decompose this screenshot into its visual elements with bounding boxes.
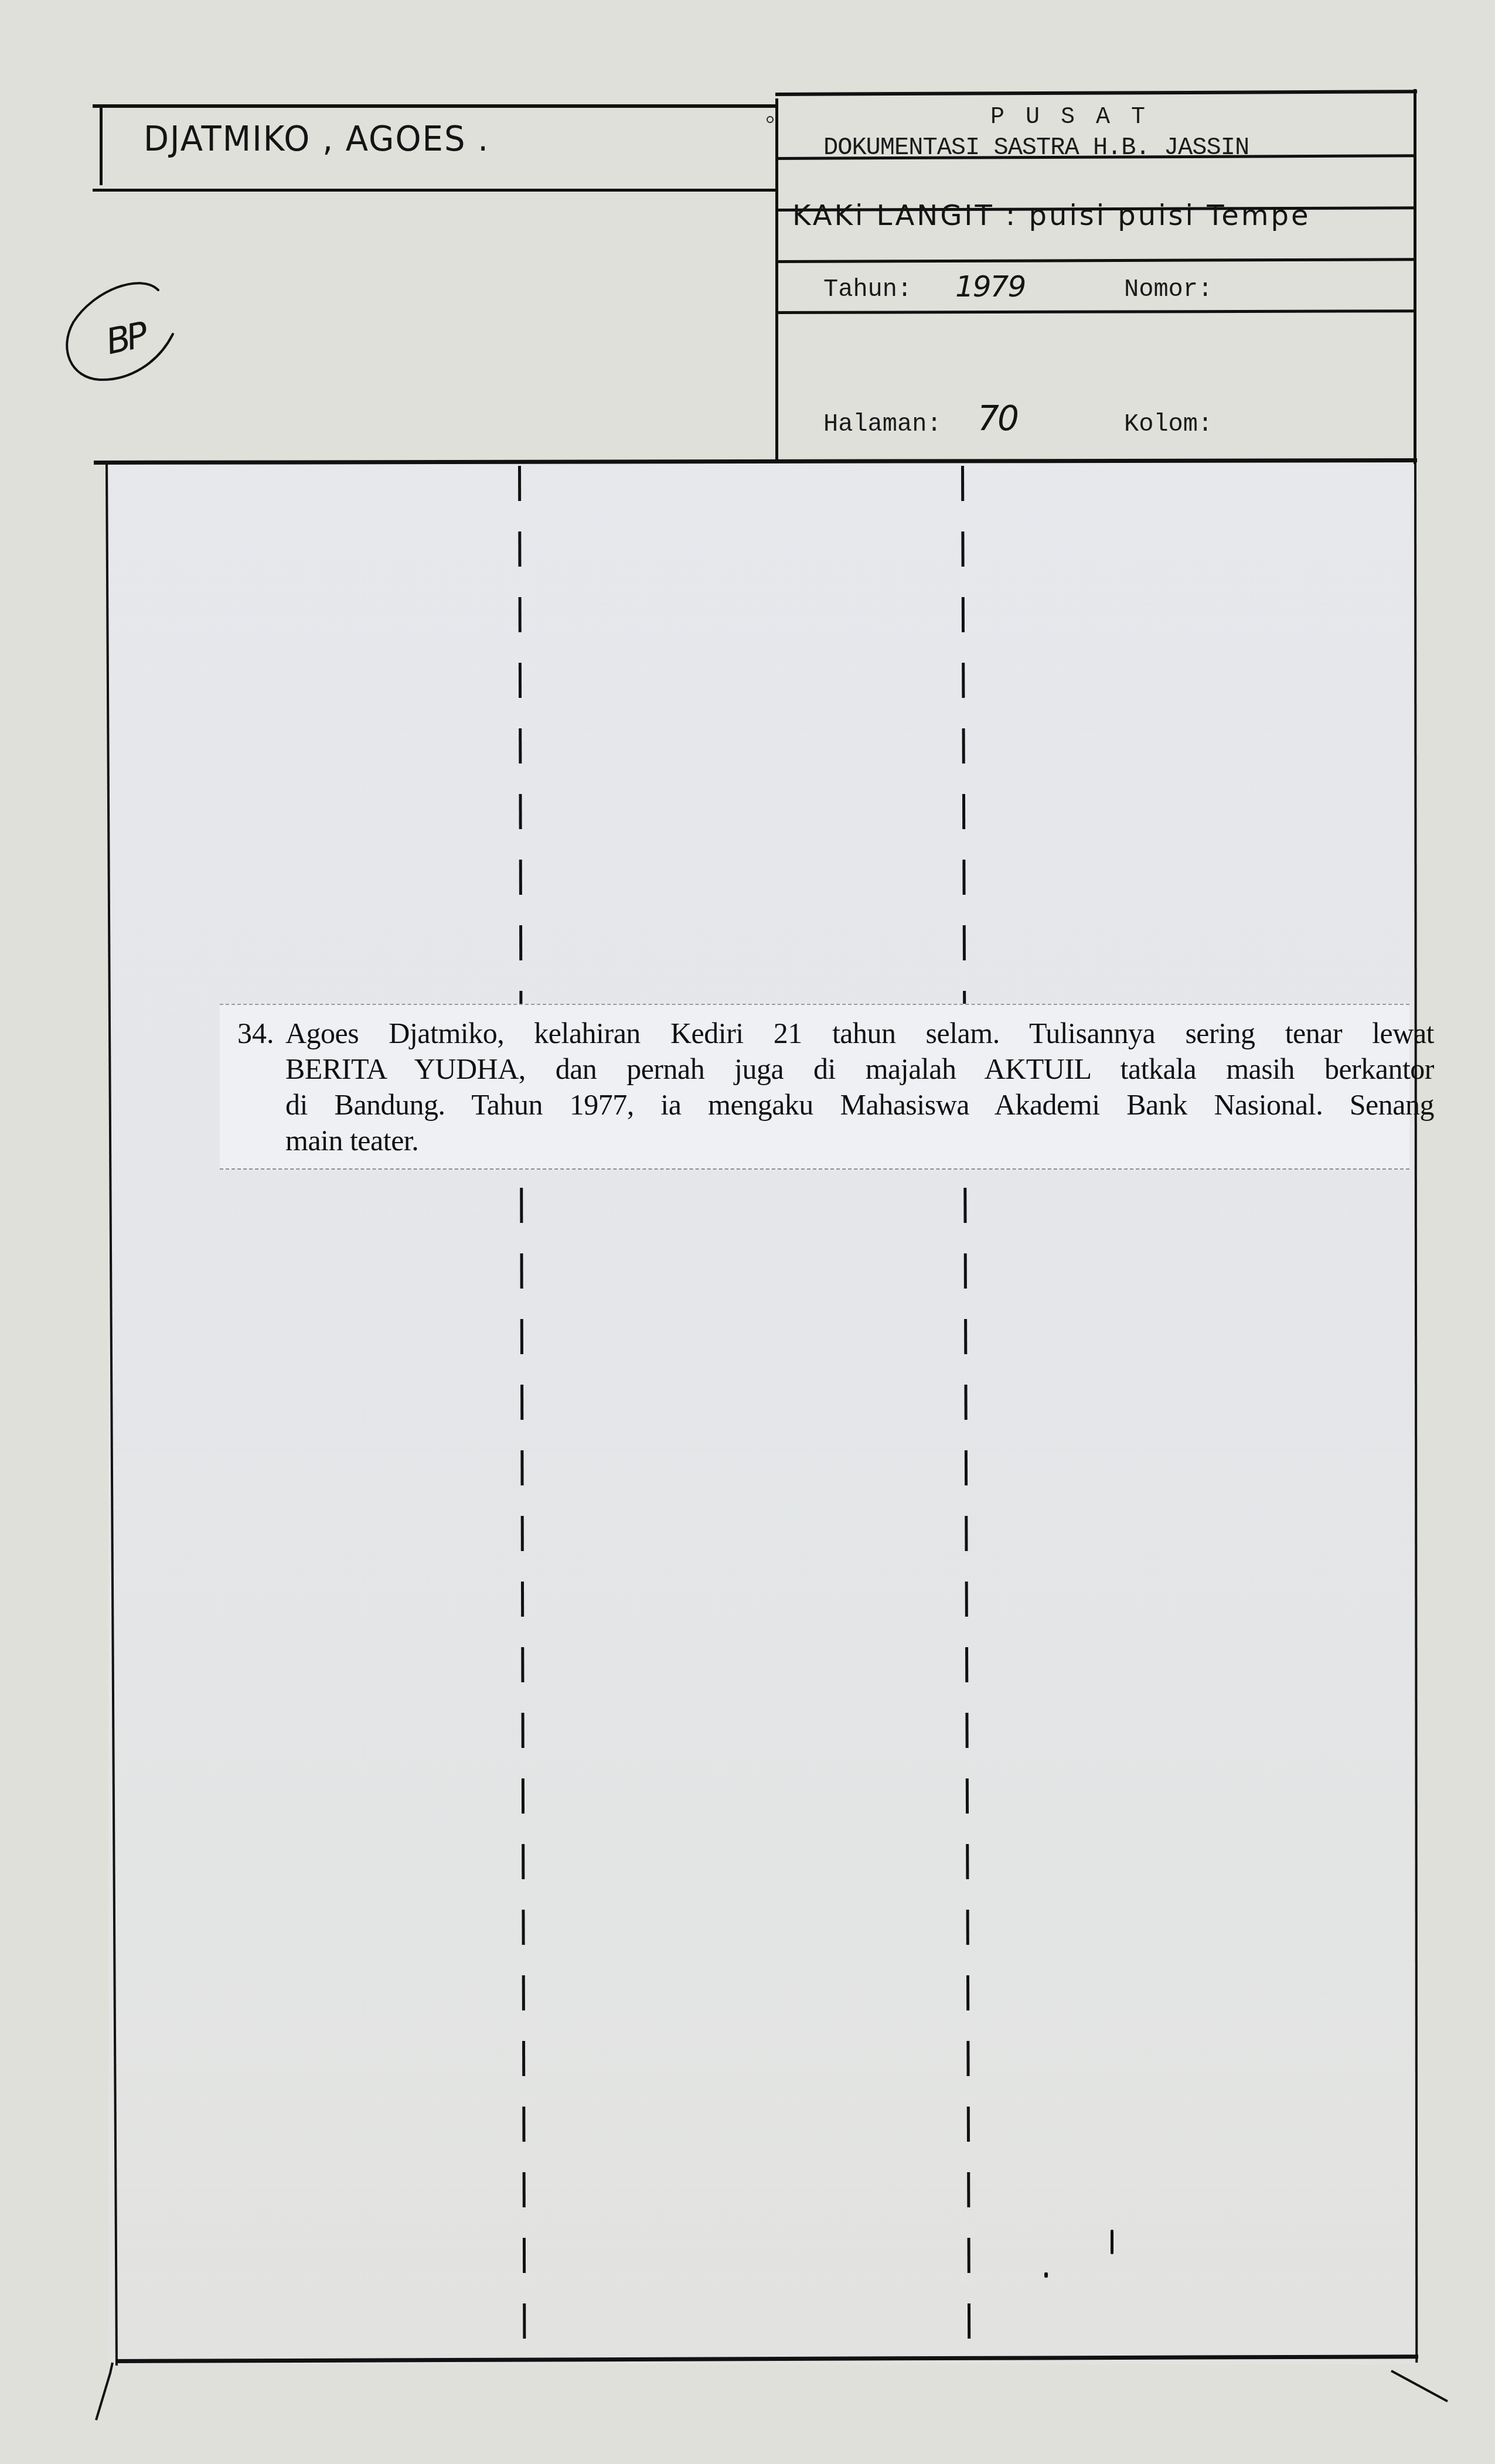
institution-line-1: P U S A T — [990, 104, 1149, 131]
card-body-background — [108, 463, 1414, 2364]
halaman-value: 70 — [978, 398, 1017, 438]
frame-top-left — [93, 104, 778, 108]
institution-line-2: DOKUMENTASI SASTRA H.B. JASSIN — [823, 134, 1249, 162]
frame-top-right — [775, 90, 1417, 96]
clipping-line: main teater. — [285, 1123, 1434, 1158]
kolom-label: Kolom: — [1124, 410, 1213, 438]
ink-mark — [1111, 2230, 1113, 2254]
frame-name-bottom — [93, 189, 778, 192]
corner-tail-right — [1389, 2367, 1453, 2408]
tahun-value: 1979 — [955, 270, 1025, 304]
clipping-line: di Bandung. Tahun 1977, ia mengaku Mahas… — [285, 1087, 1434, 1123]
clipping-line: BERITA YUDHA, dan pernah juga di majalah… — [285, 1051, 1434, 1087]
clipping-line: Agoes Djatmiko, kelahiran Kediri 21 tahu… — [285, 1015, 1434, 1051]
ink-dot — [767, 116, 774, 123]
frame-name-left — [100, 105, 103, 185]
newspaper-clipping: 34. Agoes Djatmiko, kelahiran Kediri 21 … — [220, 1004, 1409, 1170]
frame-right-upper — [1414, 89, 1416, 464]
tahun-label: Tahun: — [823, 275, 912, 304]
nomor-label: Nomor: — [1124, 275, 1213, 304]
ink-mark — [1044, 2272, 1048, 2278]
corner-tail-left — [94, 2361, 117, 2426]
halaman-label: Halaman: — [823, 410, 942, 438]
frame-center-divider — [775, 98, 778, 462]
initials-mark: BP — [103, 315, 148, 363]
author-name: DJATMIKO , AGOES . — [144, 119, 489, 159]
frame-row-line-3 — [775, 258, 1416, 263]
frame-body-right — [1414, 464, 1418, 2363]
frame-row-line-4 — [775, 309, 1416, 314]
source-title: KAKi LANGIT : puisi puisi Tempe — [792, 199, 1311, 232]
clipping-text: Agoes Djatmiko, kelahiran Kediri 21 tahu… — [237, 1015, 1434, 1158]
